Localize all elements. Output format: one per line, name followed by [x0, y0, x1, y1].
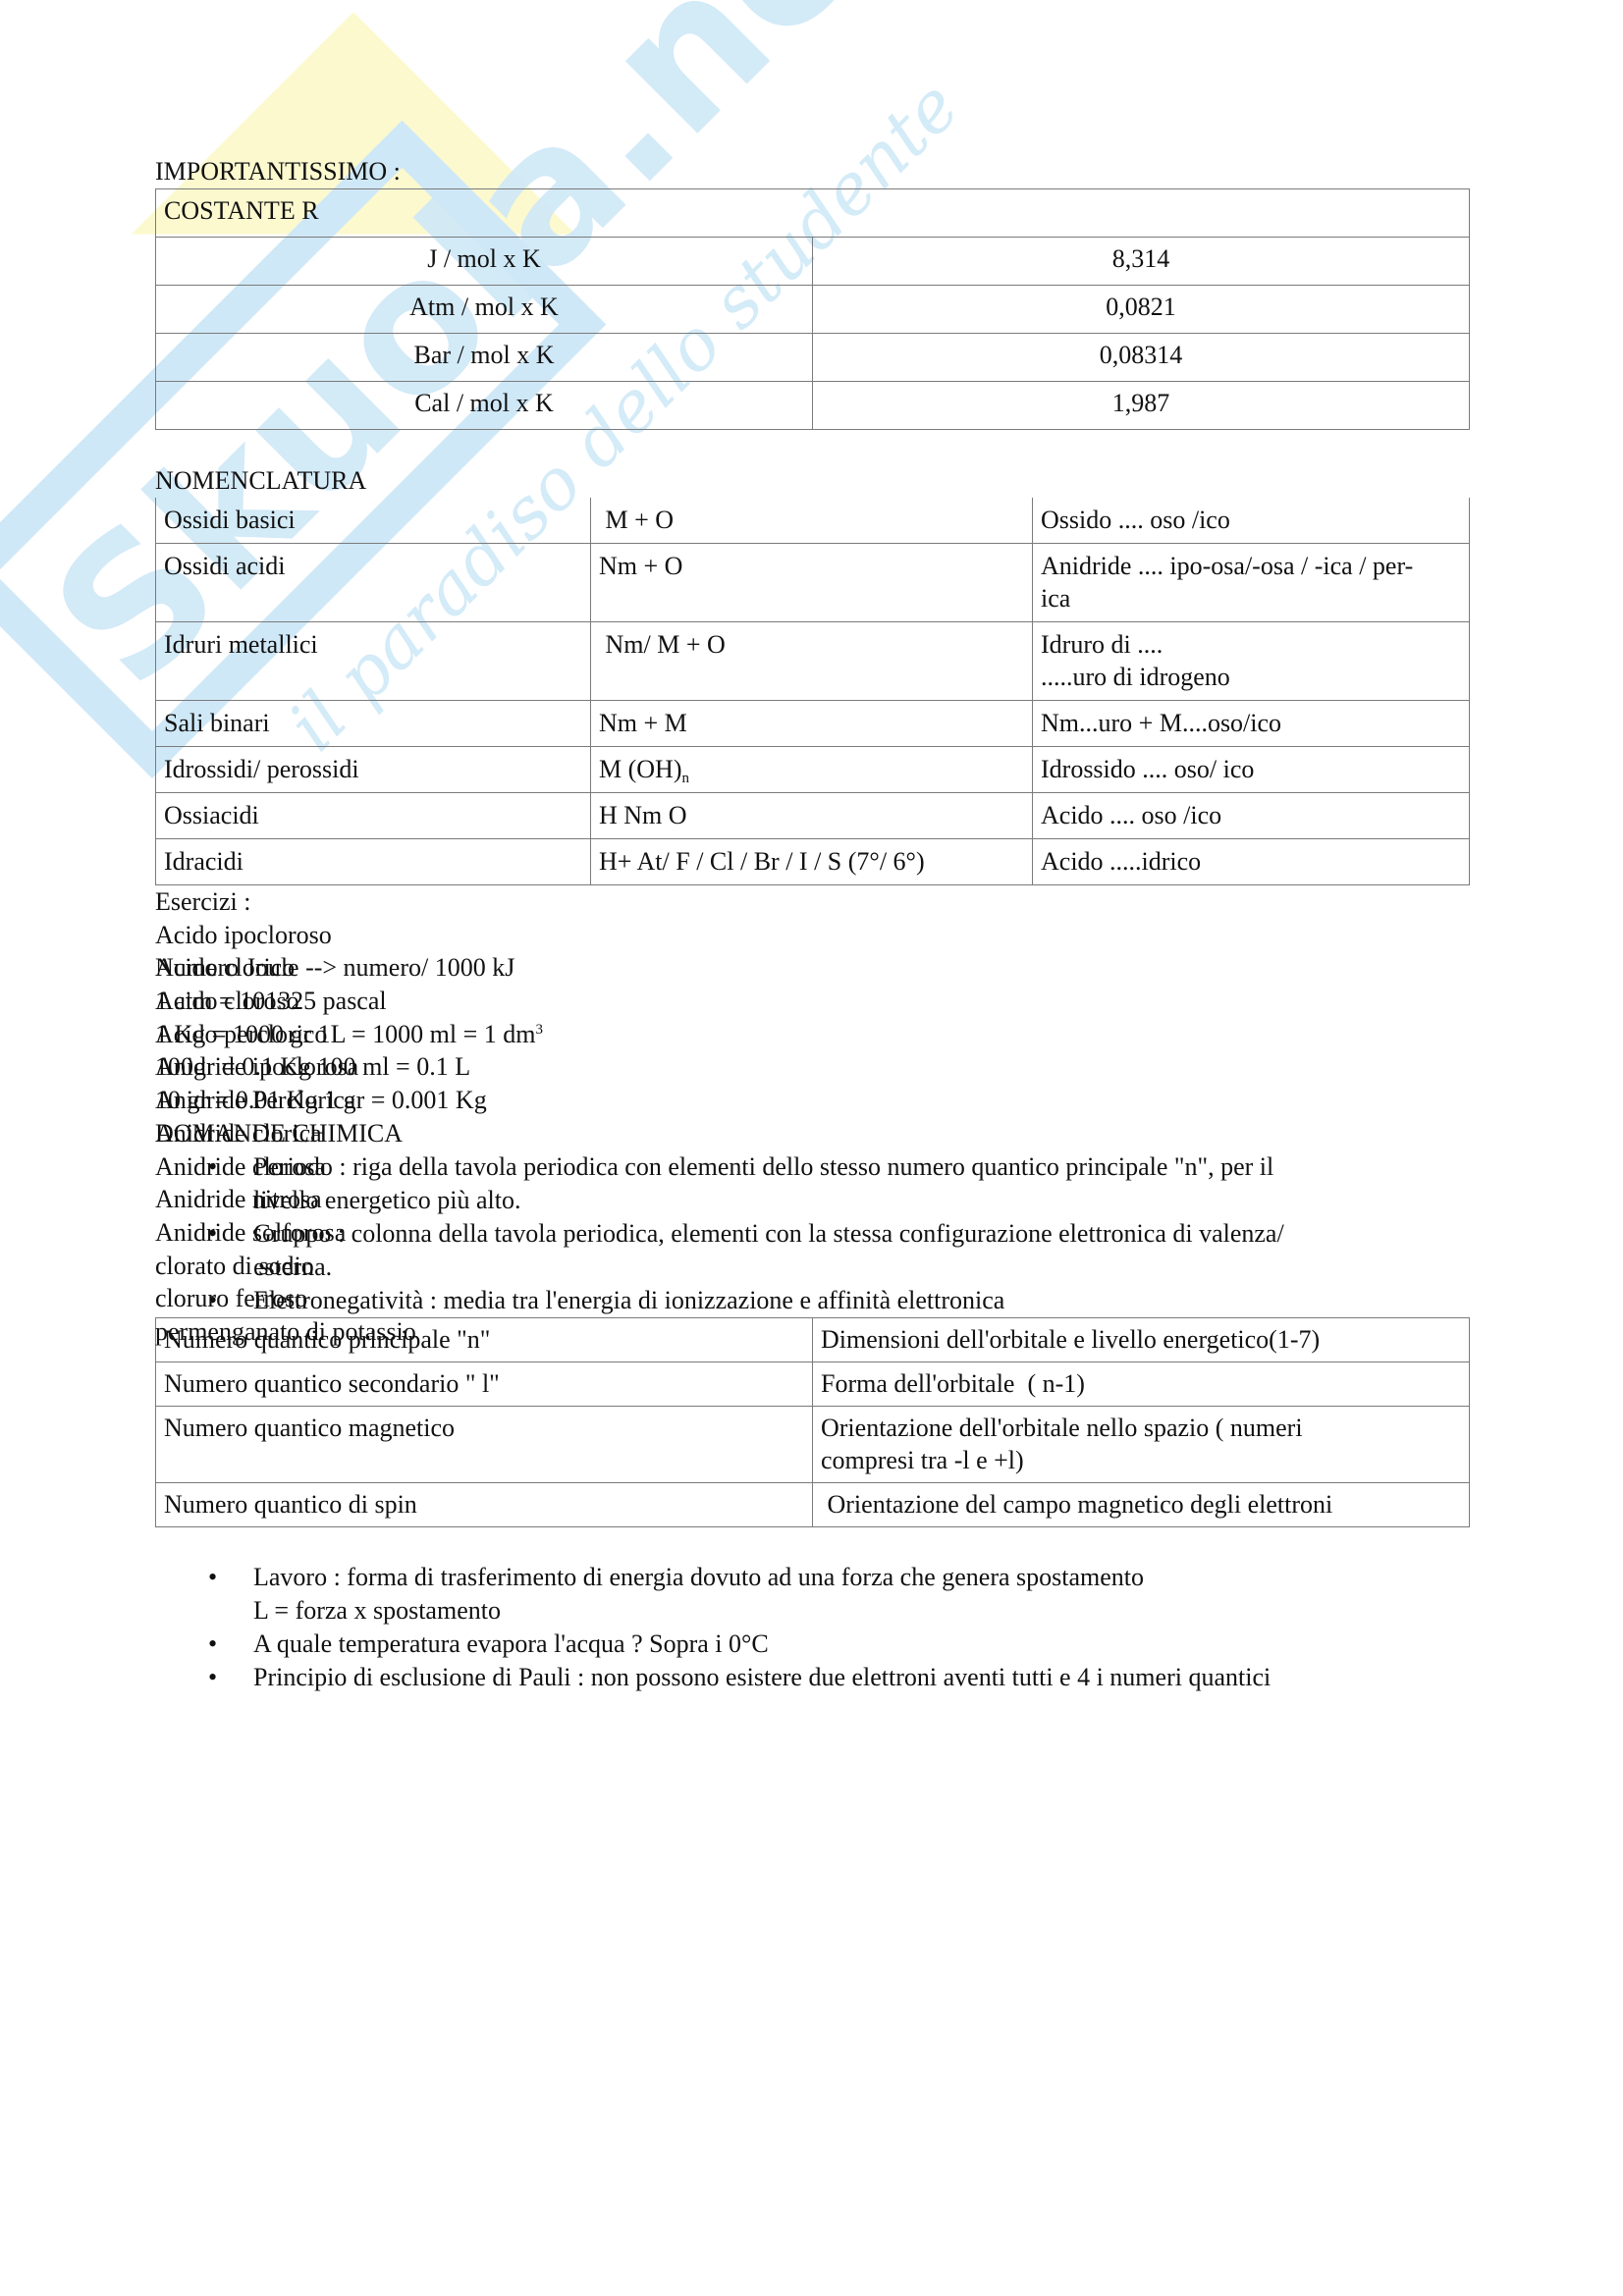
gas-constant-value: 0,0821	[813, 286, 1470, 334]
compound-naming-rule: Nm...uro + M....oso/ico	[1033, 701, 1470, 747]
compound-formula: Nm/ M + O	[591, 622, 1033, 701]
gas-constant-unit: Cal / mol x K	[156, 382, 813, 430]
quantum-number-description: Dimensioni dell'orbitale e livello energ…	[813, 1317, 1470, 1362]
compound-naming-rule: Idrossido .... oso/ ico	[1033, 747, 1470, 793]
nomenclature-row: Sali binariNm + MNm...uro + M....oso/ico	[156, 701, 1470, 747]
compound-formula: Nm + O	[591, 544, 1033, 622]
bullet-icon: •	[208, 1150, 217, 1184]
gas-constant-row: J / mol x K8,314	[156, 238, 1470, 286]
quantum-number-name: Numero quantico magnetico	[156, 1406, 813, 1482]
gas-constant-unit: Bar / mol x K	[156, 334, 813, 382]
nomenclature-row: Ossidi basici M + OOssido .... oso /ico	[156, 498, 1470, 544]
conversion-kg-liter: 1 Kg = 1000 gr 1L = 1000 ml = 1 dm3	[155, 1018, 1469, 1051]
compound-naming-rule: Ossido .... oso /ico	[1033, 498, 1470, 544]
quantum-number-name: Numero quantico secondario " l"	[156, 1362, 813, 1406]
gas-constant-row: Atm / mol x K0,0821	[156, 286, 1470, 334]
quantum-numbers-table: Numero quantico principale "n"Dimensioni…	[155, 1317, 1470, 1527]
bullet-item: •Principio di esclusione di Pauli : non …	[155, 1661, 1469, 1694]
bullet-list-questions: •Lavoro : forma di trasferimento di ener…	[155, 1561, 1469, 1694]
quantum-number-description: Orientazione dell'orbitale nello spazio …	[813, 1406, 1470, 1482]
compound-formula: Nm + M	[591, 701, 1033, 747]
compound-class: Ossidi acidi	[156, 544, 591, 622]
bullet-icon: •	[208, 1217, 217, 1251]
nomenclature-row: Ossidi acidiNm + OAnidride .... ipo-osa/…	[156, 544, 1470, 622]
gas-constant-unit: J / mol x K	[156, 238, 813, 286]
compound-formula: H Nm O	[591, 793, 1033, 839]
heading-importantissimo: IMPORTANTISSIMO :	[155, 155, 1469, 188]
bullet-item: •Gruppo : colonna della tavola periodica…	[155, 1217, 1469, 1284]
gas-constant-value: 8,314	[813, 238, 1470, 286]
nomenclature-row: IdracidiH+ At/ F / Cl / Br / I / S (7°/ …	[156, 839, 1470, 885]
quantum-number-description: Forma dell'orbitale ( n-1)	[813, 1362, 1470, 1406]
gas-constant-value: 0,08314	[813, 334, 1470, 382]
gas-constant-value: 1,987	[813, 382, 1470, 430]
conversion-atm: 1 atm = 101325 pascal	[155, 985, 1469, 1018]
gas-constant-title: COSTANTE R	[156, 189, 1470, 238]
nomenclature-row: OssiacidiH Nm OAcido .... oso /ico	[156, 793, 1470, 839]
heading-nomenclatura: NOMENCLATURA	[155, 464, 1469, 498]
quantum-number-description: Orientazione del campo magnetico degli e…	[813, 1482, 1470, 1526]
exercise-item: Acido ipocloroso	[155, 919, 1469, 952]
gas-constant-row: Bar / mol x K0,08314	[156, 334, 1470, 382]
conversion-ten: 10 gr = 0.01 Kg 1 gr = 0.001 Kg	[155, 1084, 1469, 1117]
gas-constant-row: Cal / mol x K1,987	[156, 382, 1470, 430]
conversion-hundred: 100gr = 0.1 Kg 100 ml = 0.1 L	[155, 1050, 1469, 1084]
bullet-item: •A quale temperatura evapora l'acqua ? S…	[155, 1628, 1469, 1661]
nomenclature-row: Idruri metallici Nm/ M + OIdruro di ....…	[156, 622, 1470, 701]
nomenclature-table: Ossidi basici M + OOssido .... oso /icoO…	[155, 498, 1470, 885]
document-page: IMPORTANTISSIMO : COSTANTE R J / mol x K…	[155, 155, 1469, 1694]
compound-class: Idruri metallici	[156, 622, 591, 701]
bullet-icon: •	[208, 1284, 217, 1317]
quantum-number-row: Numero quantico principale "n"Dimensioni…	[156, 1317, 1470, 1362]
bullet-icon: •	[208, 1628, 217, 1661]
bullet-icon: •	[208, 1661, 217, 1694]
compound-naming-rule: Anidride .... ipo-osa/-osa / -ica / per-…	[1033, 544, 1470, 622]
compound-formula: M + O	[591, 498, 1033, 544]
bullet-icon: •	[208, 1561, 217, 1594]
gas-constant-unit: Atm / mol x K	[156, 286, 813, 334]
bullet-item: •Elettronegatività : media tra l'energia…	[155, 1284, 1469, 1317]
compound-class: Sali binari	[156, 701, 591, 747]
heading-esercizi: Esercizi :	[155, 885, 1469, 919]
conversion-joule: Numero Joule --> numero/ 1000 kJ	[155, 951, 1469, 985]
heading-domande-chimica: DOMANDE CHIMICA	[155, 1117, 1469, 1150]
bullet-list-definitions: •Periodo : riga della tavola periodica c…	[155, 1150, 1469, 1317]
quantum-number-name: Numero quantico di spin	[156, 1482, 813, 1526]
bullet-item: •Periodo : riga della tavola periodica c…	[155, 1150, 1469, 1217]
esercizi-section: Esercizi : Acido ipoclorosoAcido clorico…	[155, 885, 1469, 1150]
nomenclature-row: Idrossidi/ perossidiM (OH)nIdrossido ...…	[156, 747, 1470, 793]
compound-class: Idrossidi/ perossidi	[156, 747, 591, 793]
quantum-number-name: Numero quantico principale "n"	[156, 1317, 813, 1362]
quantum-number-row: Numero quantico di spin Orientazione del…	[156, 1482, 1470, 1526]
bullet-item: •Lavoro : forma di trasferimento di ener…	[155, 1561, 1469, 1628]
compound-class: Ossiacidi	[156, 793, 591, 839]
compound-formula: H+ At/ F / Cl / Br / I / S (7°/ 6°)	[591, 839, 1033, 885]
compound-naming-rule: Acido .... oso /ico	[1033, 793, 1470, 839]
quantum-number-row: Numero quantico magneticoOrientazione de…	[156, 1406, 1470, 1482]
compound-naming-rule: Idruro di .........uro di idrogeno	[1033, 622, 1470, 701]
compound-class: Idracidi	[156, 839, 591, 885]
compound-naming-rule: Acido .....idrico	[1033, 839, 1470, 885]
compound-formula: M (OH)n	[591, 747, 1033, 793]
quantum-number-row: Numero quantico secondario " l"Forma del…	[156, 1362, 1470, 1406]
compound-class: Ossidi basici	[156, 498, 591, 544]
gas-constant-table: COSTANTE R J / mol x K8,314Atm / mol x K…	[155, 188, 1470, 430]
